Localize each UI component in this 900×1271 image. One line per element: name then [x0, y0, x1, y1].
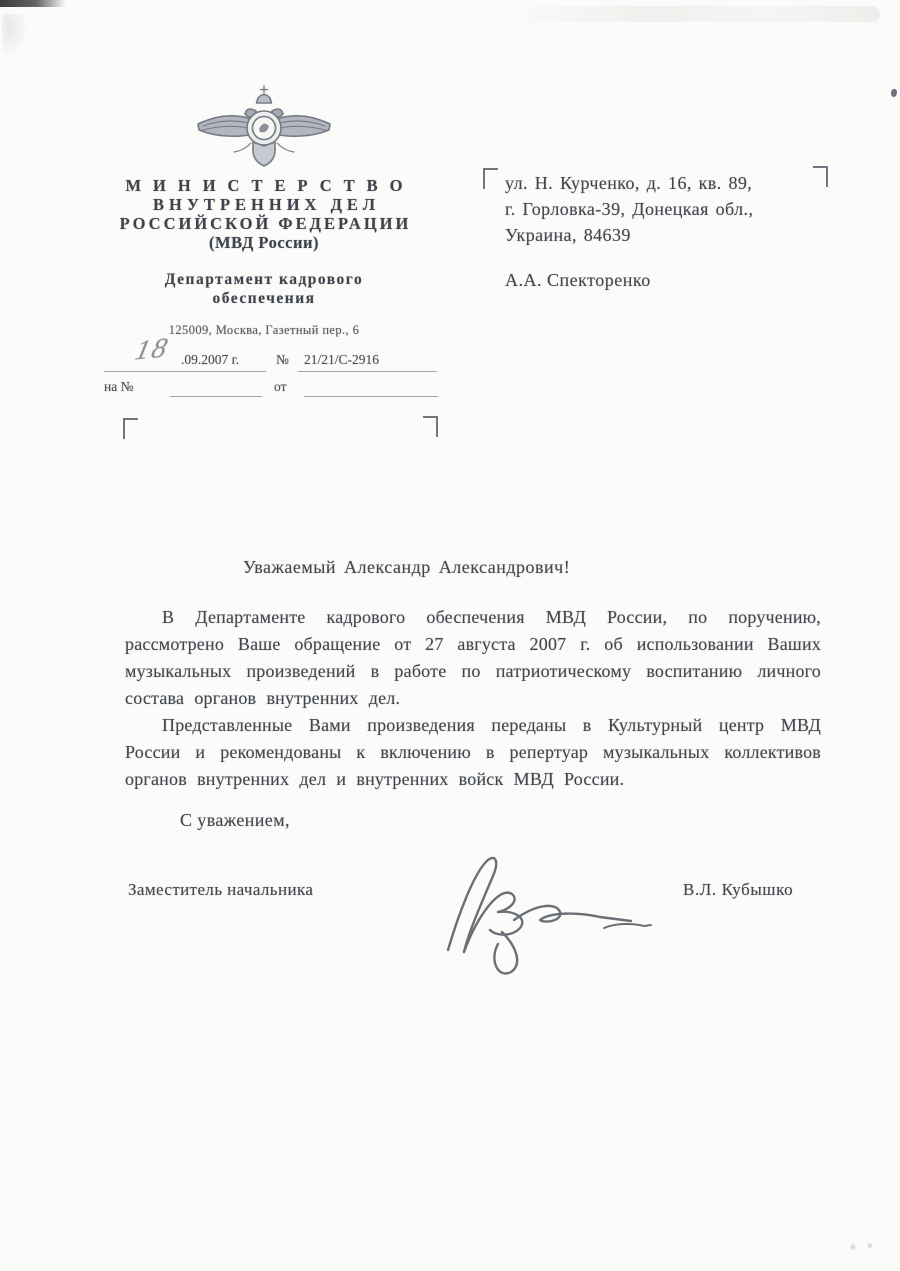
scan-edge-artifact	[0, 0, 66, 7]
crop-mark-right	[423, 416, 438, 437]
ministry-name-line: МИНИСТЕРСТВО	[106, 176, 422, 195]
incoming-date-underline	[304, 396, 438, 397]
crop-mark-left	[123, 418, 138, 439]
ministry-name-line: ВНУТРЕННИХ ДЕЛ	[106, 195, 422, 214]
closing-phrase: С уважением,	[180, 810, 290, 831]
letter-page: МИНИСТЕРСТВО ВНУТРЕННИХ ДЕЛ РОССИЙСКОЙ Ф…	[0, 0, 900, 1271]
recipient-address-line: ул. Н. Курченко, д. 16, кв. 89,	[505, 170, 835, 196]
department-line: обеспечения	[106, 289, 422, 308]
body-paragraph: Представленные Вами произведения передан…	[125, 712, 821, 793]
handwritten-day: 18	[132, 332, 172, 367]
recipient-address-line: Украина, 84639	[505, 222, 835, 248]
signature-scribble	[418, 850, 668, 980]
ministry-name-line: РОССИЙСКОЙ ФЕДЕРАЦИИ	[106, 214, 422, 233]
signer-name: В.Л. Кубышко	[683, 880, 793, 900]
recipient-address: ул. Н. Курченко, д. 16, кв. 89, г. Горло…	[505, 170, 835, 248]
ministry-abbrev: (МВД России)	[106, 233, 422, 252]
outgoing-number: 21/21/С-2916	[304, 352, 379, 368]
number-underline	[298, 371, 437, 372]
scan-bottom-mark	[846, 1240, 880, 1254]
incoming-number-underline	[170, 396, 262, 397]
date-underline	[104, 371, 266, 372]
body-paragraph: В Департаменте кадрового обеспечения МВД…	[125, 604, 821, 712]
recipient-name: А.А. Спекторенко	[505, 270, 651, 291]
letter-body: В Департаменте кадрового обеспечения МВД…	[125, 604, 821, 793]
incoming-date-label: от	[274, 379, 286, 395]
number-sign: №	[276, 352, 289, 368]
sender-letterhead: МИНИСТЕРСТВО ВНУТРЕННИХ ДЕЛ РОССИЙСКОЙ Ф…	[106, 84, 422, 338]
mvd-eagle-emblem	[194, 84, 334, 170]
scan-smudge	[500, 6, 880, 22]
scan-speck	[891, 89, 897, 97]
incoming-ref-label: на №	[104, 379, 133, 395]
signer-title: Заместитель начальника	[128, 880, 313, 900]
date-printed: .09.2007 г.	[181, 352, 239, 368]
department-line: Департамент кадрового	[106, 270, 422, 289]
crop-mark-recipient-left	[483, 168, 498, 189]
recipient-address-line: г. Горловка-39, Донецкая обл.,	[505, 196, 835, 222]
salutation: Уважаемый Александр Александрович!	[243, 557, 570, 578]
scan-corner-blur	[2, 14, 28, 58]
